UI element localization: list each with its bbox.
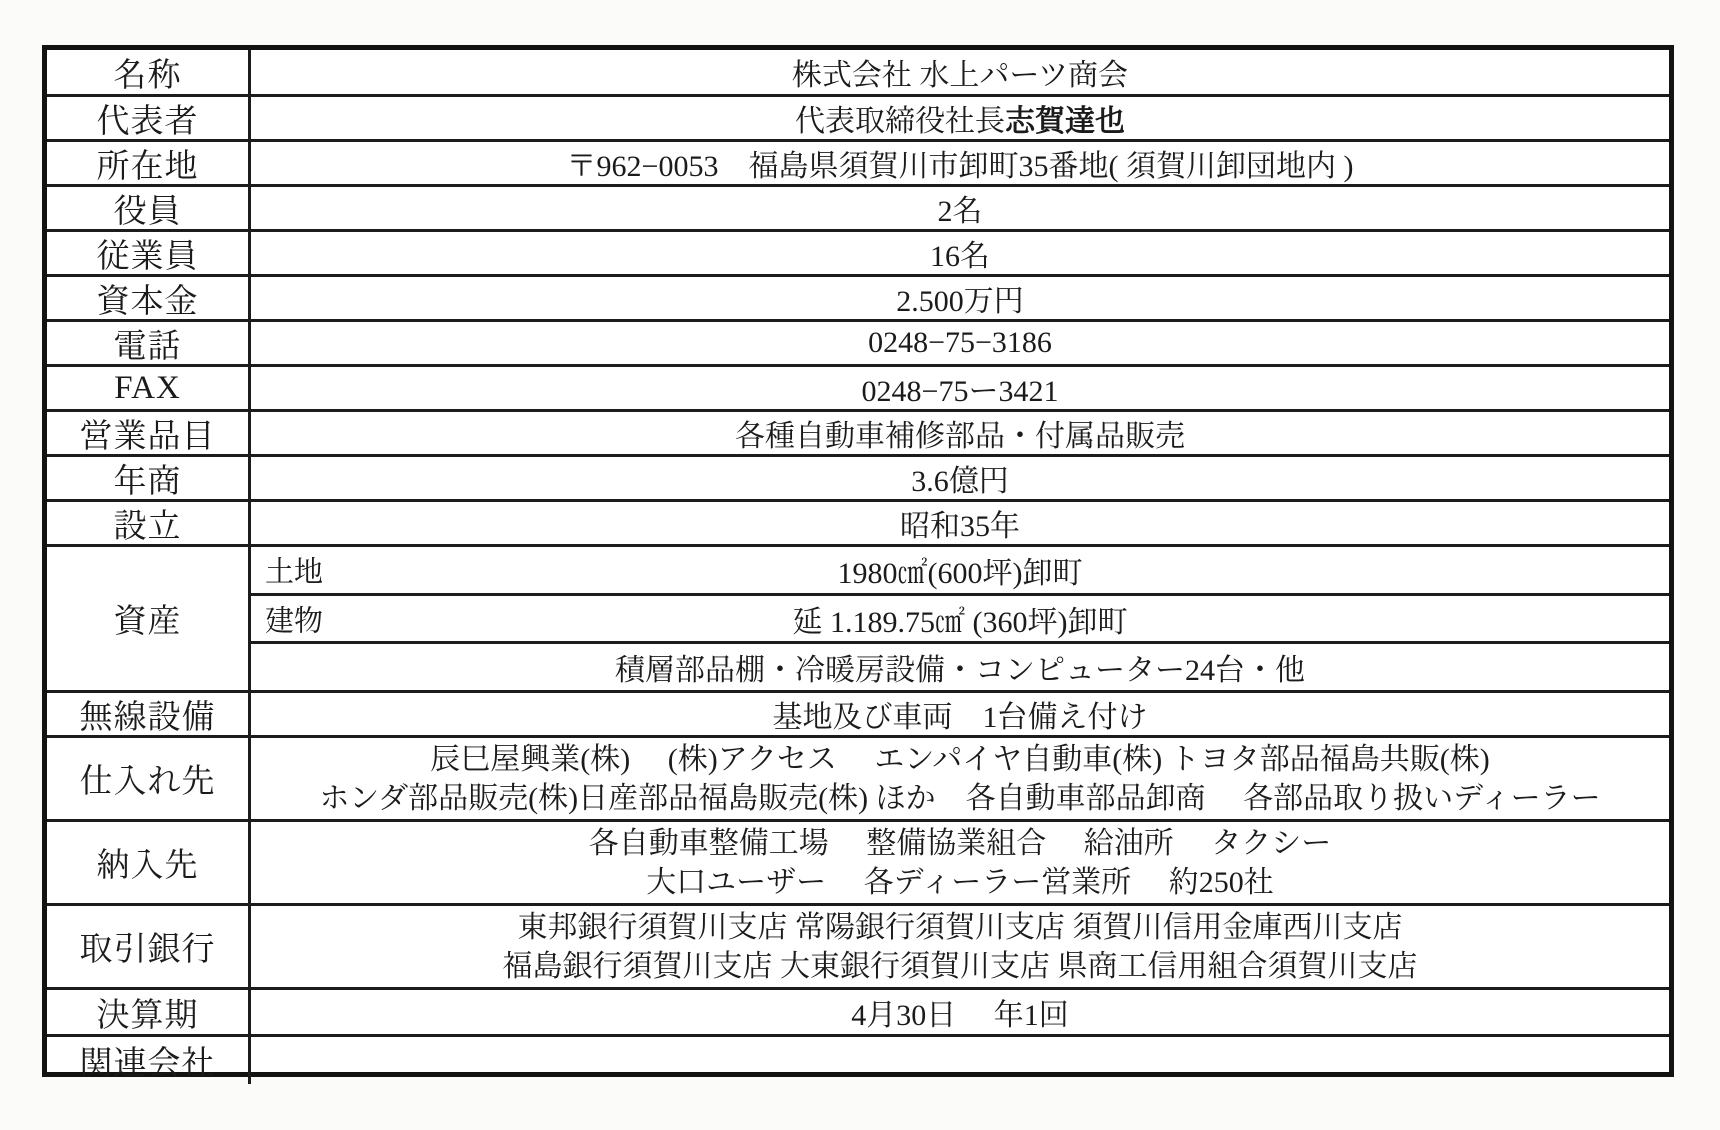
row-company-name: 名称 株式会社 水上パーツ商会	[47, 50, 1669, 97]
address-value: 〒962−0053 福島県須賀川市卸町35番地( 須賀川卸団地内 )	[251, 142, 1669, 184]
representative-name: 志賀達也	[1005, 96, 1125, 140]
officers-value: 2名	[251, 187, 1669, 229]
asset-building-label: 建物	[265, 598, 323, 639]
row-label-address: 所在地	[47, 142, 251, 184]
row-customers: 納入先 各自動車整備工場 整備協業組合 給油所 タクシー 大口ユーザー 各ディー…	[47, 822, 1669, 906]
row-label-representative: 代表者	[47, 97, 251, 139]
row-annual-sales: 年商 3.6億円	[47, 457, 1669, 502]
row-suppliers: 仕入れ先 辰巳屋興業(株) (株)アクセス エンパイヤ自動車(株) トヨタ部品福…	[47, 738, 1669, 822]
row-label-fax: FAX	[47, 367, 251, 409]
row-representative: 代表者 代表取締役社長 志賀達也	[47, 97, 1669, 142]
row-related-companies: 関連会社	[47, 1037, 1669, 1084]
row-phone: 電話 0248−75−3186	[47, 322, 1669, 367]
assets-subtable: 土地 1980㎠(600坪)卸町 建物 延 1.189.75㎠ (360坪)卸町…	[251, 547, 1669, 690]
row-label-banks: 取引銀行	[47, 906, 251, 987]
document-page: 名称 株式会社 水上パーツ商会 代表者 代表取締役社長 志賀達也 所在地 〒96…	[0, 0, 1720, 1130]
row-label-name: 名称	[47, 50, 251, 94]
company-profile-table: 名称 株式会社 水上パーツ商会 代表者 代表取締役社長 志賀達也 所在地 〒96…	[42, 45, 1674, 1077]
row-assets: 資産 土地 1980㎠(600坪)卸町 建物 延 1.189.75㎠ (360坪…	[47, 547, 1669, 693]
employees-value: 16名	[251, 232, 1669, 274]
phone-value: 0248−75−3186	[251, 322, 1669, 364]
fiscal-period-value: 4月30日 年1回	[251, 990, 1669, 1034]
banks-line-2: 福島銀行須賀川支店 大東銀行須賀川支店 県商工信用組合須賀川支店	[251, 947, 1669, 986]
asset-subrow-land: 土地 1980㎠(600坪)卸町	[251, 547, 1669, 596]
related-companies-value	[251, 1037, 1669, 1084]
row-label-business-items: 営業品目	[47, 412, 251, 454]
row-banks: 取引銀行 東邦銀行須賀川支店 常陽銀行須賀川支店 須賀川信用金庫西川支店 福島銀…	[47, 906, 1669, 990]
row-label-assets: 資産	[47, 547, 251, 690]
row-label-radio-equipment: 無線設備	[47, 693, 251, 735]
row-label-phone: 電話	[47, 322, 251, 364]
company-name-value: 株式会社 水上パーツ商会	[251, 50, 1669, 94]
asset-land-value: 1980㎠(600坪)卸町	[838, 548, 1083, 592]
row-capital: 資本金 2.500万円	[47, 277, 1669, 322]
banks-value: 東邦銀行須賀川支店 常陽銀行須賀川支店 須賀川信用金庫西川支店 福島銀行須賀川支…	[251, 906, 1669, 987]
radio-equipment-value: 基地及び車両 1台備え付け	[251, 693, 1669, 735]
row-fiscal-period: 決算期 4月30日 年1回	[47, 990, 1669, 1037]
row-label-suppliers: 仕入れ先	[47, 738, 251, 819]
row-label-employees: 従業員	[47, 232, 251, 274]
row-label-customers: 納入先	[47, 822, 251, 903]
asset-land-label: 土地	[265, 549, 323, 590]
row-label-capital: 資本金	[47, 277, 251, 319]
representative-title: 代表取締役社長	[795, 96, 1005, 140]
asset-subrow-equipment: 積層部品棚・冷暖房設備・コンピューター24台・他	[251, 644, 1669, 690]
row-fax: FAX 0248−75ー3421	[47, 367, 1669, 412]
row-officers: 役員 2名	[47, 187, 1669, 232]
established-value: 昭和35年	[251, 502, 1669, 544]
row-radio-equipment: 無線設備 基地及び車両 1台備え付け	[47, 693, 1669, 738]
customers-line-1: 各自動車整備工場 整備協業組合 給油所 タクシー	[251, 824, 1669, 863]
suppliers-value: 辰巳屋興業(株) (株)アクセス エンパイヤ自動車(株) トヨタ部品福島共販(株…	[251, 738, 1669, 819]
asset-subrow-building: 建物 延 1.189.75㎠ (360坪)卸町	[251, 596, 1669, 645]
row-address: 所在地 〒962−0053 福島県須賀川市卸町35番地( 須賀川卸団地内 )	[47, 142, 1669, 187]
row-label-fiscal-period: 決算期	[47, 990, 251, 1034]
row-employees: 従業員 16名	[47, 232, 1669, 277]
banks-line-1: 東邦銀行須賀川支店 常陽銀行須賀川支店 須賀川信用金庫西川支店	[251, 908, 1669, 947]
capital-value: 2.500万円	[251, 277, 1669, 319]
suppliers-line-2: ホンダ部品販売(株)日産部品福島販売(株) ほか 各自動車部品卸商 各部品取り扱…	[251, 779, 1669, 818]
customers-value: 各自動車整備工場 整備協業組合 給油所 タクシー 大口ユーザー 各ディーラー営業…	[251, 822, 1669, 903]
row-label-related-companies: 関連会社	[47, 1037, 251, 1084]
representative-value: 代表取締役社長 志賀達也	[251, 97, 1669, 139]
fax-value: 0248−75ー3421	[251, 367, 1669, 409]
asset-building-value: 延 1.189.75㎠ (360坪)卸町	[793, 597, 1128, 641]
row-label-established: 設立	[47, 502, 251, 544]
row-established: 設立 昭和35年	[47, 502, 1669, 547]
suppliers-line-1: 辰巳屋興業(株) (株)アクセス エンパイヤ自動車(株) トヨタ部品福島共販(株…	[251, 740, 1669, 779]
row-business-items: 営業品目 各種自動車補修部品・付属品販売	[47, 412, 1669, 457]
row-label-annual-sales: 年商	[47, 457, 251, 499]
business-items-value: 各種自動車補修部品・付属品販売	[251, 412, 1669, 454]
customers-line-2: 大口ユーザー 各ディーラー営業所 約250社	[251, 863, 1669, 902]
annual-sales-value: 3.6億円	[251, 457, 1669, 499]
row-label-officers: 役員	[47, 187, 251, 229]
asset-equipment-value: 積層部品棚・冷暖房設備・コンピューター24台・他	[615, 645, 1305, 689]
